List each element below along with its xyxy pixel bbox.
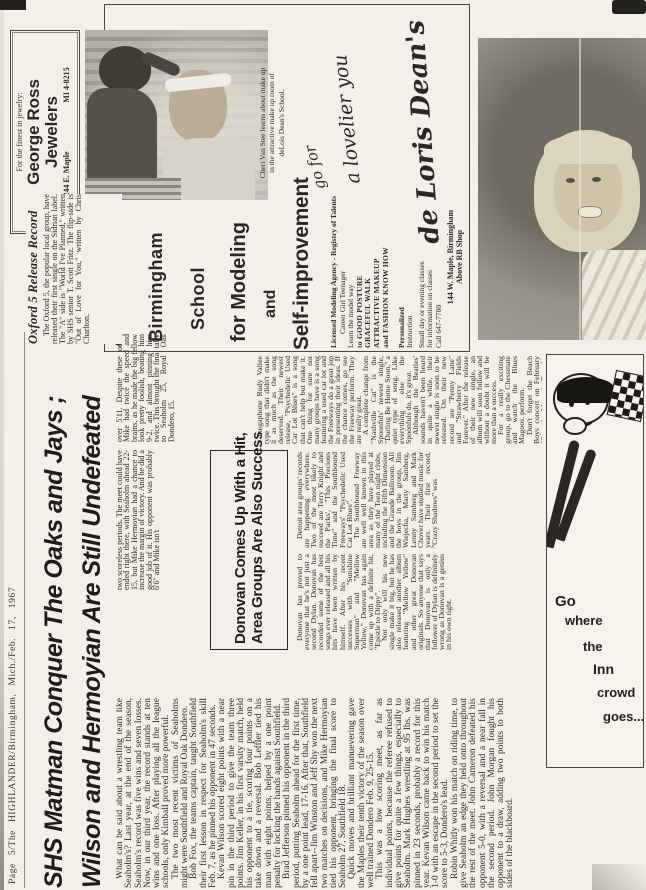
shs-paragraph: two scoreless periods. The meet could ha… — [116, 450, 160, 590]
george-ross-phone: MI 4-8215 — [62, 67, 71, 102]
delois-personalized-instruction: Personalized Instruction — [398, 198, 415, 348]
newspaper-page: Page 5/The HIGHLANDER/Birmingham, Mich./… — [0, 0, 646, 890]
girl-dress — [582, 250, 646, 340]
shs-paragraph: Robin Whitly won his match on riding tim… — [451, 698, 516, 888]
george-ross-address: 244 E. Maple — [62, 152, 71, 197]
girl-portrait-photo — [478, 38, 646, 340]
inn-word: Go — [555, 593, 576, 610]
oxford-article-title: Oxford 5 Release Record — [26, 194, 41, 344]
scan-smudge — [592, 864, 646, 890]
donovan-headline-line2: Area Groups Are Also Success — [249, 451, 266, 644]
shs-paragraph: The two most recent victims of Seaholms … — [172, 698, 191, 888]
inn-word: where — [565, 613, 603, 628]
shs-paragraph: Bob Fox, the teams captain, taught South… — [190, 698, 218, 888]
donovan-paragraph: Detroit area groups' records are happeni… — [296, 452, 353, 548]
shs-paragraph: Quick moves and brilliant manuevering ga… — [348, 698, 376, 888]
donovan-paragraph: For a really exciting group, go to the C… — [497, 356, 525, 444]
skier-face — [553, 373, 609, 425]
inn-word: goes... — [603, 709, 644, 724]
donovan-column-a: Donovan has proved to everyone that he's… — [296, 554, 544, 650]
caption-line: deLois Dean's School. — [277, 26, 286, 220]
caption-line: Cheri Van Stee learns about make up — [258, 26, 267, 220]
inn-word: Inn — [593, 661, 614, 677]
shs-paragraph: Brad Jefferson pinned his opponent in th… — [283, 698, 348, 888]
delois-line-school: School — [188, 267, 209, 330]
masthead: Page 5/The HIGHLANDER/Birmingham, Mich./… — [8, 332, 22, 884]
donovan-paragraph: a megaphone Rudy Vallee type song that d… — [256, 356, 362, 444]
agency-line: and FASHION KNOW HOW — [382, 148, 391, 348]
donovan-paragraph: Although the Beatles' sounds haven't bee… — [412, 356, 497, 444]
donovan-paragraph: Don't forget the Beach Boys concert on F… — [526, 356, 542, 444]
shs-paragraph: What can be said about a wrestling team … — [116, 698, 172, 888]
shs-body-continuation-column-1: two scoreless periods. The meet could ha… — [116, 450, 198, 590]
inn-word: crowd — [597, 685, 635, 700]
scanned-newspaper-screenshot: Page 5/The HIGHLANDER/Birmingham, Mich./… — [0, 0, 646, 890]
oxford-article: Oxford 5 Release Record The Oxford 5, th… — [26, 194, 122, 344]
delois-line-and: and — [262, 290, 280, 318]
girl-photo-image — [478, 38, 646, 340]
shs-body-main-column: What can be said about a wrestling team … — [116, 698, 602, 888]
donovan-column-c: a megaphone Rudy Vallee type song that d… — [256, 356, 542, 444]
donovan-headline-line1: Donovan Comes Up With a Hit, — [232, 451, 249, 644]
scan-crease — [579, 38, 581, 340]
oxford-article-body: The Oxford 5, the popular local group, h… — [43, 194, 91, 344]
delois-line-birmingham: Birmingham — [146, 232, 167, 342]
delois-address: 144 W. Maple, Birmingham Above RB Shop — [446, 172, 464, 342]
address-line: Above RB Shop — [455, 172, 464, 342]
donovan-paragraph: Not only will his new single make it big… — [381, 554, 452, 650]
caption-line: in the attractive make up room of — [267, 26, 276, 220]
shs-paragraph: Kevan Wilson scored eight points with a … — [218, 698, 283, 888]
delois-line-for-modeling: for Modeling — [228, 222, 251, 342]
makeup-room-photo — [85, 30, 268, 200]
shs-paragraph: This was a low scoring meet, as far as i… — [376, 698, 450, 888]
donovan-paragraph: The Southbound Freeway are well well kno… — [353, 452, 438, 548]
delois-line-self-improvement: Self-improvement — [290, 177, 314, 350]
scan-edge-shadow — [0, 0, 4, 890]
skier-mitten — [563, 417, 587, 435]
address-line: 144 W. Maple, Birmingham — [446, 172, 455, 342]
photo-caption: Cheri Van Stee learns about make up in t… — [258, 26, 286, 220]
donovan-paragraph: Donovan has proved to everyone that he's… — [296, 554, 381, 650]
shs-headline-line1: SHS Matman Conquer The Oaks and Jays ; — [40, 332, 69, 888]
inn-cartoon-art: Go where the Inn crowd goes... — [547, 355, 644, 767]
inn-crowd-cartoon-ad: Go where the Inn crowd goes... — [546, 354, 644, 768]
scan-smudge — [0, 0, 26, 10]
donovan-paragraph: A complete change from "Nashville Cat" i… — [362, 356, 412, 444]
donovan-column-b: Detroit area groups' records are happeni… — [296, 452, 544, 548]
checkered-scarf — [607, 370, 644, 422]
makeup-photo-image — [85, 30, 268, 200]
masthead-rule — [24, 332, 25, 888]
donovan-headline-box: Donovan Comes Up With a Hit, Area Groups… — [210, 450, 288, 650]
scan-smudge — [612, 0, 646, 14]
inn-word: the — [583, 639, 603, 654]
george-ross-tagline: For the finest in jewelry: — [15, 31, 24, 233]
shs-headline-line2: Wilson and Hermoyian Are Still Undefeate… — [78, 332, 107, 888]
